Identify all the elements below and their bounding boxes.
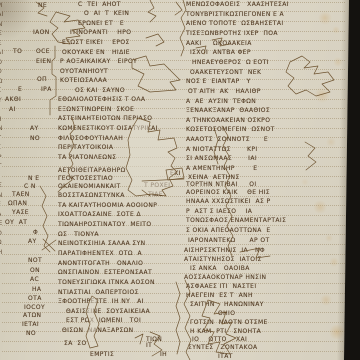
tear-path — [214, 128, 218, 164]
tear-path — [184, 280, 191, 360]
black-border-right — [348, 0, 360, 360]
tear-path — [146, 34, 164, 46]
tear-path — [176, 282, 180, 354]
tear-path — [212, 38, 230, 46]
tear-path — [202, 300, 236, 354]
tear-path — [196, 46, 206, 54]
tear-path — [135, 334, 143, 344]
tear-path — [36, 2, 47, 16]
tear-path — [40, 186, 50, 252]
tear-path — [305, 142, 316, 170]
tear-path — [222, 126, 233, 256]
tear-path — [86, 296, 99, 348]
tear-path — [58, 118, 75, 192]
tear-path — [240, 248, 270, 258]
manuscript-paper: ΝΕΙΑΟΝΤΟΟϹΕΕΙΕΝΟΠΕΙΡΑΑΚΘΙΑΙΑΥΝΟΝ ΕϹ ΝΤΑΕ… — [0, 0, 360, 360]
tear-path — [126, 118, 177, 196]
tear-path — [175, 2, 182, 15]
tear-path — [148, 0, 156, 22]
tear-path — [286, 56, 334, 96]
tear-path — [132, 56, 180, 92]
tear-path — [150, 332, 162, 356]
tear-path — [50, 12, 85, 44]
tear-path — [50, 46, 56, 115]
manuscript-photo: ΝΕΙΑΟΝΤΟΟϹΕΕΙΕΝΟΠΕΙΡΑΑΚΘΙΑΙΑΥΝΟΝ ΕϹ ΝΤΑΕ… — [0, 0, 360, 360]
tear-outline-svg — [0, 0, 360, 360]
